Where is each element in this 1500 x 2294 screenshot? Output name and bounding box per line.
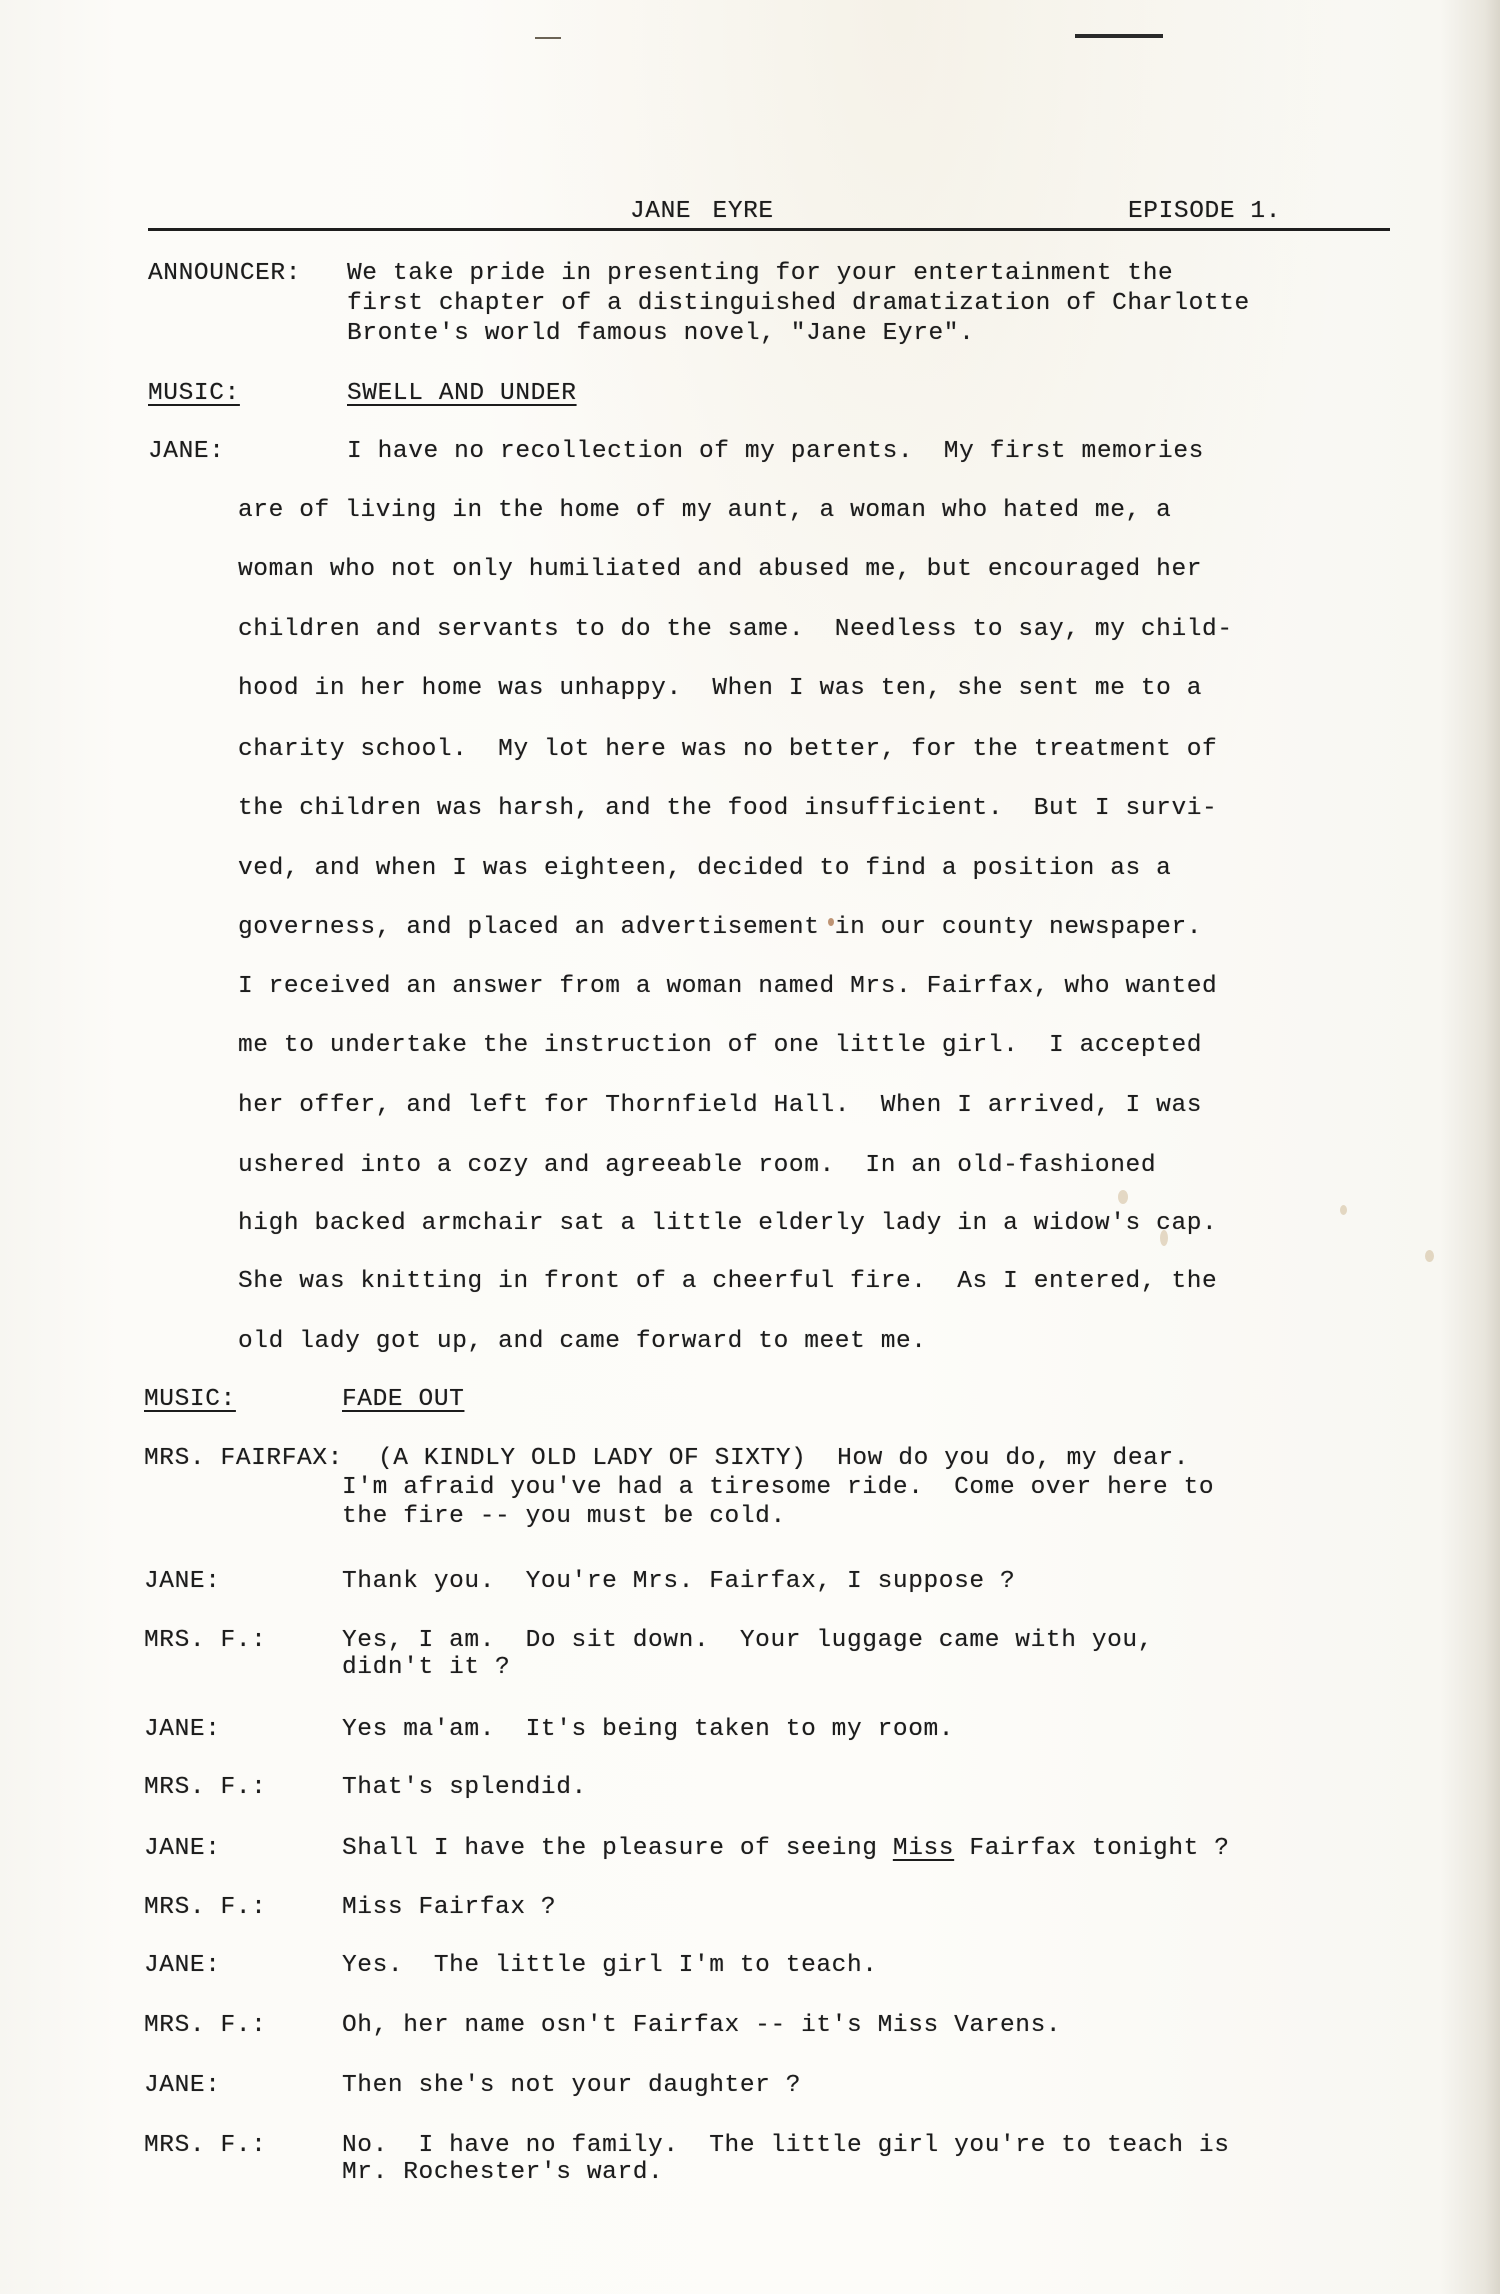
- stain: [1425, 1250, 1434, 1262]
- header-rule: [148, 228, 1390, 231]
- dialogue-line: Yes, I am. Do sit down. Your luggage cam…: [342, 1627, 1153, 1655]
- speaker-label: JANE:: [144, 1568, 221, 1596]
- dialogue-line: Miss Fairfax ?: [342, 1894, 556, 1922]
- narration-line: charity school. My lot here was no bette…: [238, 736, 1217, 764]
- narration-line: her offer, and left for Thornfield Hall.…: [238, 1092, 1202, 1120]
- music-cue-fade: FADE OUT: [342, 1386, 464, 1414]
- dialogue-line: Mr. Rochester's ward.: [342, 2159, 663, 2187]
- episode-number: EPISODE 1.: [1128, 198, 1281, 226]
- speaker-label: JANE:: [144, 1716, 221, 1744]
- dialogue-line: didn't it ?: [342, 1654, 510, 1682]
- speaker-jane: JANE:: [148, 438, 225, 466]
- speaker-label: JANE:: [144, 1835, 221, 1863]
- dialogue-line: Oh, her name osn't Fairfax -- it's Miss …: [342, 2012, 1061, 2040]
- speaker-label: MRS. F.:: [144, 2132, 266, 2160]
- announcer-line: first chapter of a distinguished dramati…: [347, 290, 1250, 318]
- narration-line: the children was harsh, and the food ins…: [238, 795, 1217, 823]
- narration-line: children and servants to do the same. Ne…: [238, 616, 1233, 644]
- narration-line: I received an answer from a woman named …: [238, 973, 1217, 1001]
- dialogue-line: Shall I have the pleasure of seeing Miss…: [342, 1835, 1230, 1863]
- announcer-line: Bronte's world famous novel, "Jane Eyre"…: [347, 320, 974, 348]
- stain: [1340, 1205, 1347, 1215]
- speaker-label: MRS. F.:: [144, 1894, 266, 1922]
- music-cue-label: MUSIC:: [144, 1386, 236, 1414]
- narration-line: ushered into a cozy and agreeable room. …: [238, 1152, 1156, 1180]
- top-left-mark: [535, 37, 561, 39]
- narration-line: high backed armchair sat a little elderl…: [238, 1210, 1217, 1238]
- dialogue-line: the fire -- you must be cold.: [342, 1503, 786, 1531]
- top-right-mark: [1075, 34, 1163, 38]
- narration-line: me to undertake the instruction of one l…: [238, 1032, 1202, 1060]
- stain: [1118, 1190, 1128, 1204]
- dialogue-line: Yes ma'am. It's being taken to my room.: [342, 1716, 954, 1744]
- speaker-label: JANE:: [144, 2072, 221, 2100]
- narration-line: governess, and placed an advertisement i…: [238, 914, 1202, 942]
- narration-line: She was knitting in front of a cheerful …: [238, 1268, 1217, 1296]
- narration-line: hood in her home was unhappy. When I was…: [238, 675, 1202, 703]
- speaker-label: JANE:: [144, 1952, 221, 1980]
- speaker-label: MRS. F.:: [144, 1627, 266, 1655]
- dialogue-line: (A KINDLY OLD LADY OF SIXTY) How do you …: [378, 1445, 1189, 1473]
- dialogue-line: Thank you. You're Mrs. Fairfax, I suppos…: [342, 1568, 1015, 1596]
- emphasized-word: Miss: [893, 1835, 954, 1862]
- dialogue-line: I'm afraid you've had a tiresome ride. C…: [342, 1474, 1214, 1502]
- dialogue-line: That's splendid.: [342, 1774, 587, 1802]
- speaker-label: MRS. F.:: [144, 2012, 266, 2040]
- announcer-line: We take pride in presenting for your ent…: [347, 260, 1173, 288]
- narration-line: ved, and when I was eighteen, decided to…: [238, 855, 1171, 883]
- music-cue-swell: SWELL AND UNDER: [347, 380, 577, 408]
- dialogue-line: Then she's not your daughter ?: [342, 2072, 801, 2100]
- speaker-announcer: ANNOUNCER:: [148, 260, 301, 288]
- script-title: JANE EYRE: [630, 198, 774, 226]
- speaker-label: MRS. FAIRFAX:: [144, 1445, 343, 1473]
- dialogue-line: Yes. The little girl I'm to teach.: [342, 1952, 878, 1980]
- narration-line: old lady got up, and came forward to mee…: [238, 1328, 927, 1356]
- narration-line: are of living in the home of my aunt, a …: [238, 497, 1171, 525]
- dialogue-line: No. I have no family. The little girl yo…: [342, 2132, 1230, 2160]
- narration-line: I have no recollection of my parents. My…: [347, 438, 1204, 466]
- narration-line: woman who not only humiliated and abused…: [238, 556, 1202, 584]
- speaker-label: MRS. F.:: [144, 1774, 266, 1802]
- music-cue-label: MUSIC:: [148, 380, 240, 408]
